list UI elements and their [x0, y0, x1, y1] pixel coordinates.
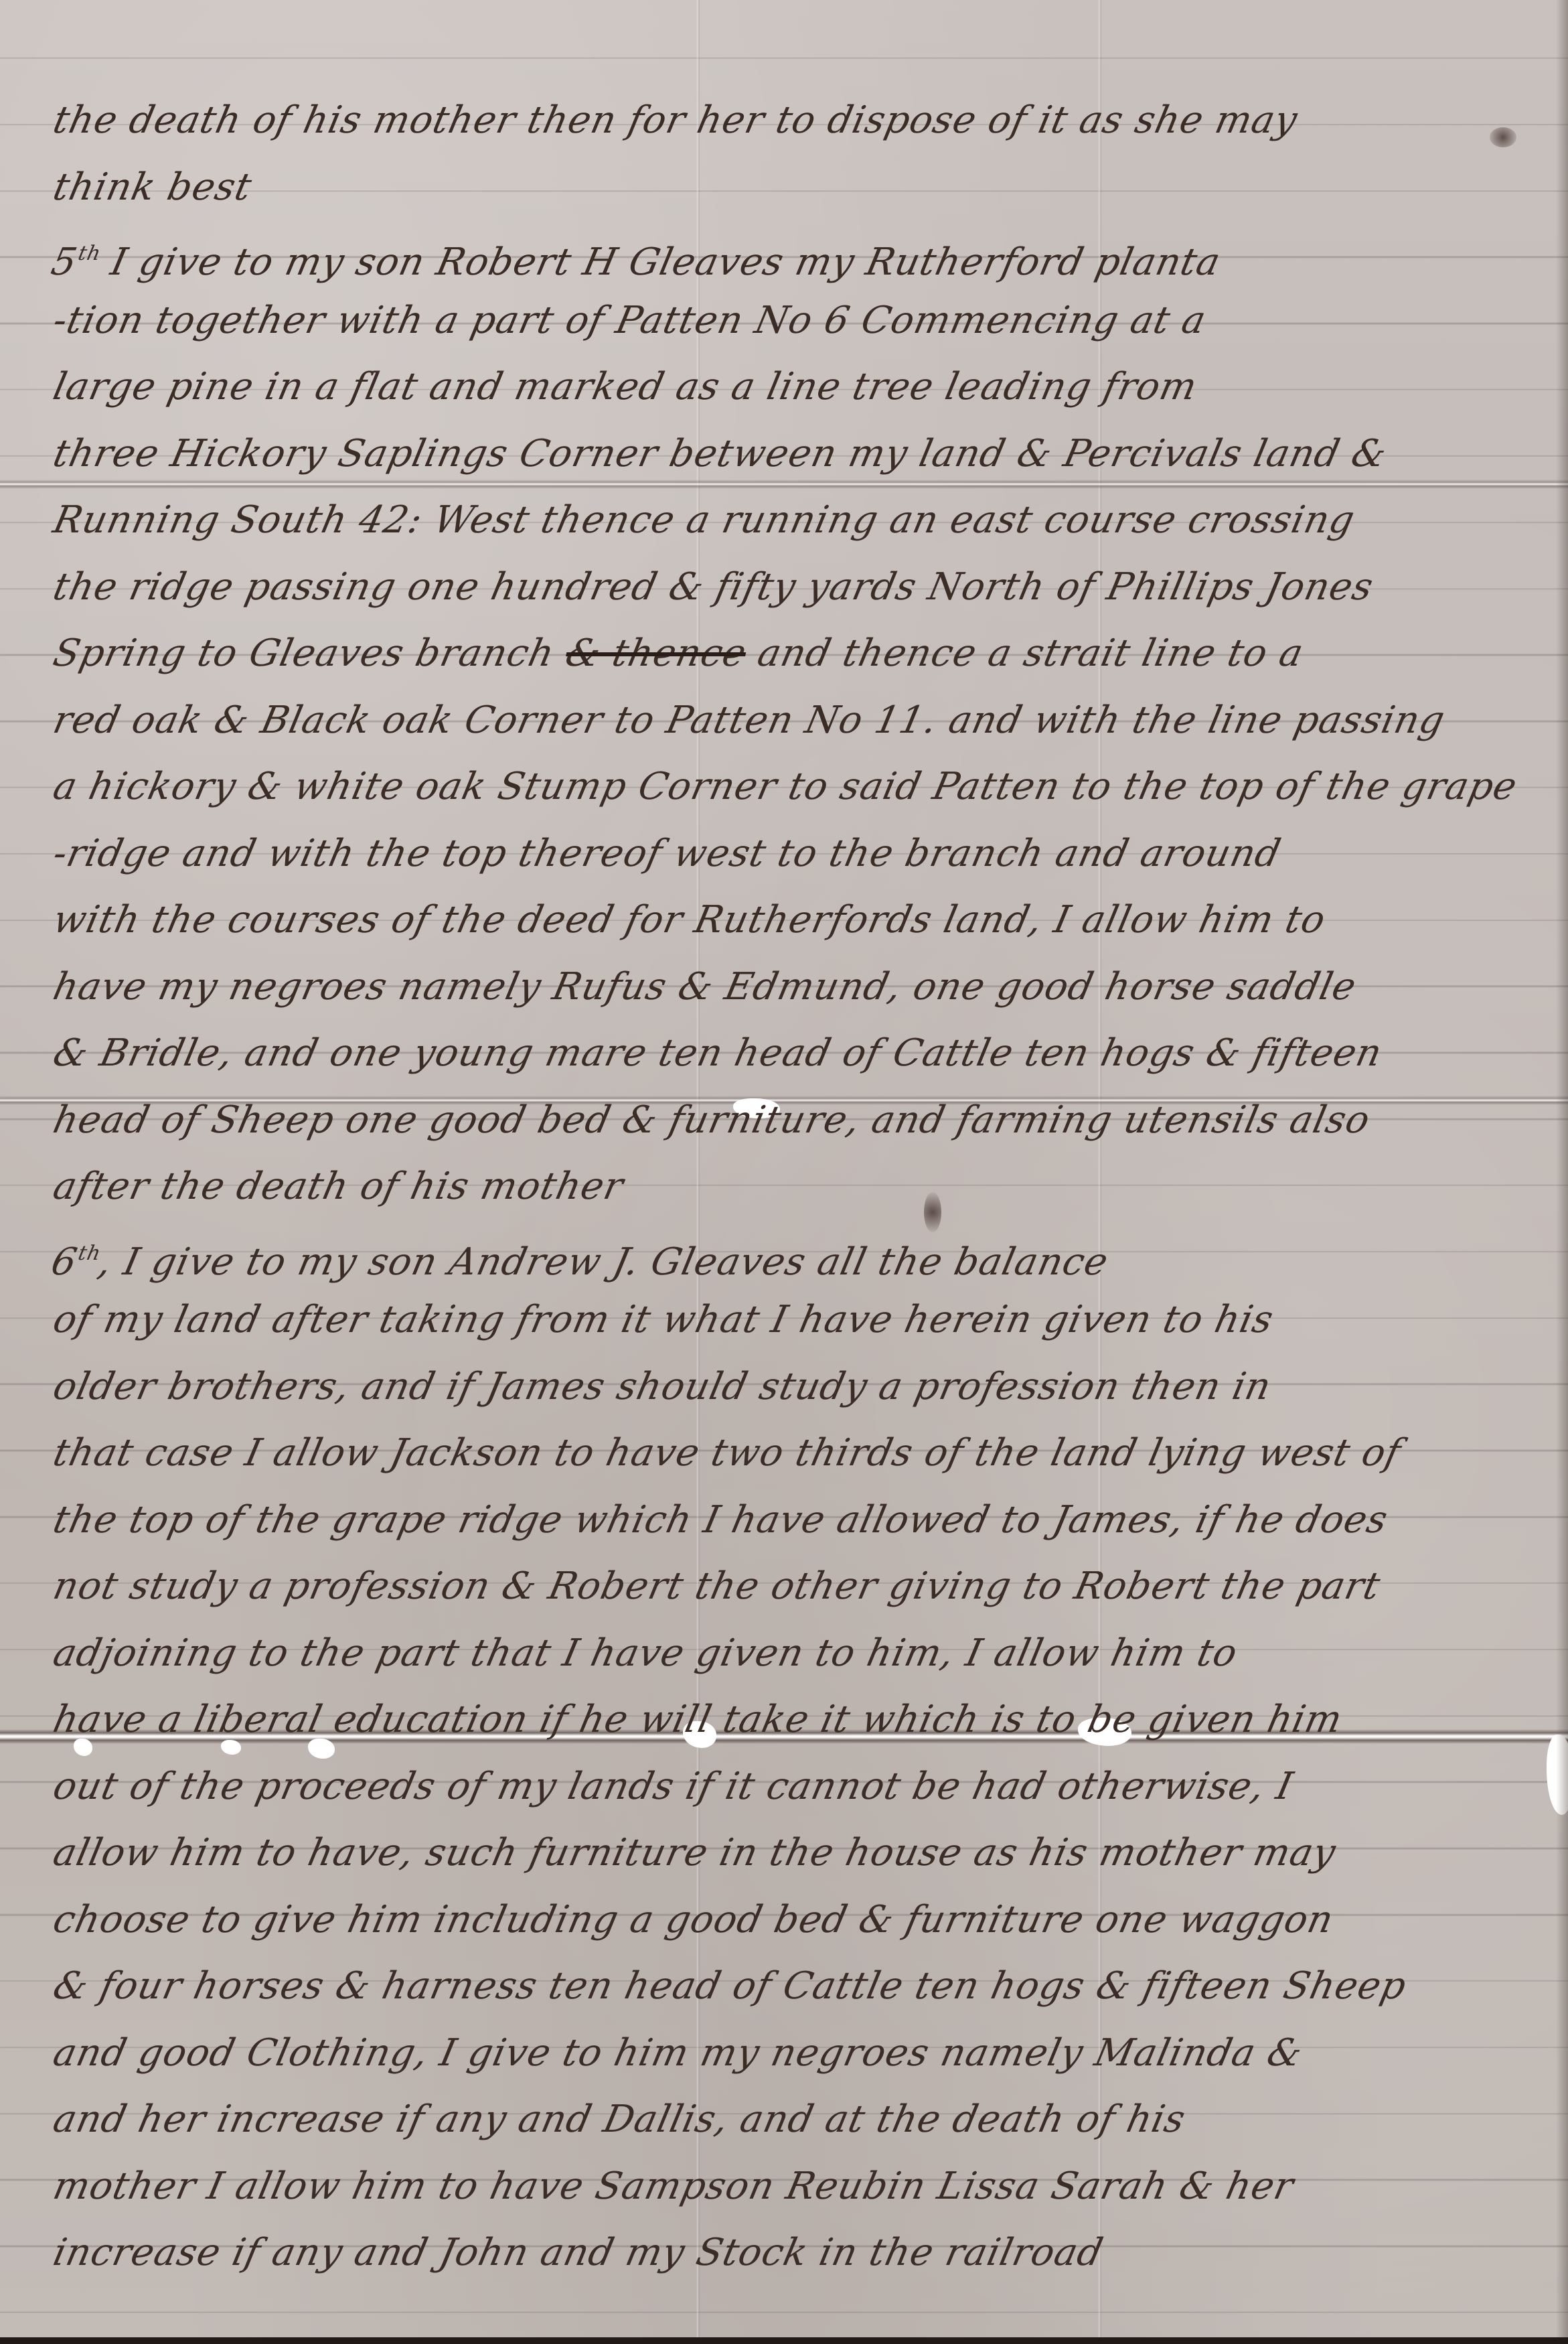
text-line: & Bridle, and one young mare ten head of…: [47, 1020, 1547, 1087]
text-line: after the death of his mother: [47, 1153, 1547, 1220]
text-line: the top of the grape ridge which I have …: [47, 1487, 1547, 1554]
document-page: the death of his mother then for her to …: [0, 0, 1568, 2344]
text-line: head of Sheep one good bed & furniture, …: [47, 1087, 1547, 1154]
struck-through-text: & thence: [562, 632, 751, 675]
text-line: not study a profession & Robert the othe…: [47, 1553, 1547, 1620]
clause-5-line: 5th I give to my son Robert H Gleaves my…: [47, 220, 1547, 287]
text-line: have a liberal education if he will take…: [47, 1686, 1547, 1753]
text-line: adjoining to the part that I have given …: [47, 1620, 1547, 1687]
text-line: a hickory & white oak Stump Corner to sa…: [47, 753, 1547, 820]
text-line-content: I give to my son Robert H Gleaves my Rut…: [94, 240, 1225, 284]
text-line: red oak & Black oak Corner to Patten No …: [47, 687, 1547, 754]
text-line-content: and thence a strait line to a: [741, 632, 1308, 675]
text-line-content: Spring to Gleaves branch: [50, 632, 571, 675]
text-line: -ridge and with the top thereof west to …: [47, 820, 1547, 887]
text-line: of my land after taking from it what I h…: [47, 1287, 1547, 1353]
paper-edge: [1556, 0, 1568, 2344]
text-line: mother I allow him to have Sampson Reubi…: [47, 2153, 1547, 2220]
text-line: Running South 42: West thence a running …: [47, 487, 1547, 554]
text-line: the ridge passing one hundred & fifty ya…: [47, 554, 1547, 621]
paper-edge-bottom: [0, 2337, 1568, 2344]
text-line: choose to give him including a good bed …: [47, 1887, 1547, 1954]
text-line: older brothers, and if James should stud…: [47, 1353, 1547, 1420]
text-line: that case I allow Jackson to have two th…: [47, 1420, 1547, 1487]
clause-6-line: 6th, I give to my son Andrew J. Gleaves …: [47, 1220, 1547, 1287]
text-line: and good Clothing, I give to him my negr…: [47, 2020, 1547, 2087]
text-line: increase if any and John and my Stock in…: [47, 2219, 1547, 2286]
text-line-with-strikeout: Spring to Gleaves branch & thence and th…: [47, 620, 1547, 687]
text-line: & four horses & harness ten head of Catt…: [47, 1953, 1547, 2020]
text-line: with the courses of the deed for Rutherf…: [47, 887, 1547, 954]
text-line: and her increase if any and Dallis, and …: [47, 2086, 1547, 2153]
text-line: large pine in a flat and marked as a lin…: [47, 354, 1547, 421]
handwritten-text: the death of his mother then for her to …: [47, 87, 1533, 2286]
text-line: allow him to have, such furniture in the…: [47, 1820, 1547, 1887]
text-line: the death of his mother then for her to …: [47, 87, 1547, 154]
text-line: think best: [47, 154, 1547, 221]
text-line: have my negroes namely Rufus & Edmund, o…: [47, 954, 1547, 1021]
text-line: -tion together with a part of Patten No …: [47, 287, 1547, 354]
text-line-content: , I give to my son Andrew J. Gleaves all…: [94, 1240, 1112, 1284]
text-line: out of the proceeds of my lands if it ca…: [47, 1753, 1547, 1820]
text-line: three Hickory Saplings Corner between my…: [47, 421, 1547, 488]
